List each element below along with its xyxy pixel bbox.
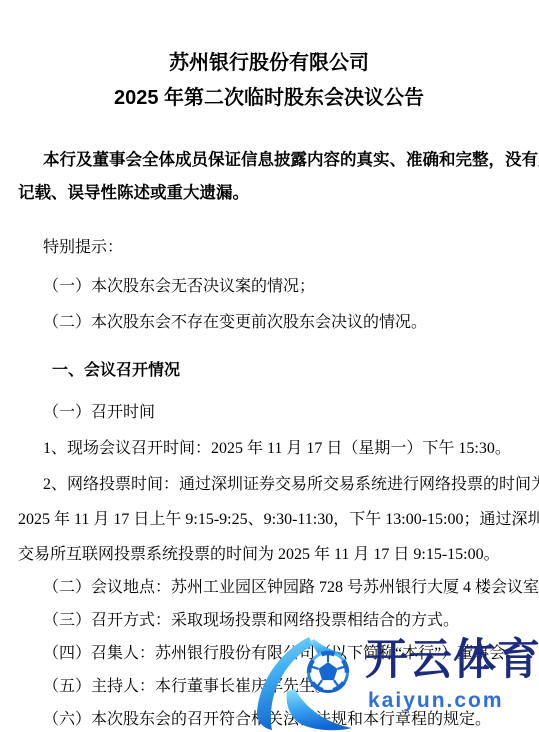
meeting-method-line: （三）召开方式：采取现场投票和网络投票相结合的方式。 [18, 604, 520, 637]
kaiyun-watermark: 开云体育 kaiyun.com [252, 634, 539, 732]
watermark-brand-text: 开云体育 [365, 636, 539, 684]
document-body: 苏州银行股份有限公司 2025 年第二次临时股东会决议公告 本行及董事会全体成员… [18, 46, 520, 732]
network-voting-line-2: 2025 年 11 月 17 日上午 9:15-9:25、9:30-11:30，… [18, 503, 520, 536]
special-note-label: 特别提示： [18, 231, 520, 264]
section-heading-meeting-info: 一、会议召开情况 [18, 354, 520, 387]
network-voting-line-3: 交易所互联网投票系统投票的时间为 2025 年 11 月 17 日 9:15-1… [18, 538, 520, 571]
doc-title-company: 苏州银行股份有限公司 [18, 46, 520, 81]
kaiyun-logo-icon [252, 634, 368, 732]
subsection-meeting-time-label: （一）召开时间 [18, 396, 520, 429]
meeting-location-line: （二）会议地点：苏州工业园区钟园路 728 号苏州银行大厦 4 楼会议室。 [18, 571, 520, 604]
network-voting-line-1: 2、网络投票时间：通过深圳证券交易所交易系统进行网络投票的时间为 [18, 468, 520, 501]
note-item-2: （二）本次股东会不存在变更前次股东会决议的情况。 [18, 306, 520, 339]
doc-title-announcement: 2025 年第二次临时股东会决议公告 [18, 81, 520, 116]
watermark-domain-text: kaiyun.com [368, 689, 504, 713]
onsite-meeting-time-line: 1、现场会议召开时间：2025 年 11 月 17 日（星期一）下午 15:30… [18, 432, 520, 465]
disclaimer-line-2: 记载、误导性陈述或重大遗漏。 [18, 177, 520, 210]
announcement-page: 苏州银行股份有限公司 2025 年第二次临时股东会决议公告 本行及董事会全体成员… [0, 0, 539, 732]
note-item-1: （一）本次股东会无否决议案的情况； [18, 270, 520, 303]
disclaimer-line-1: 本行及董事会全体成员保证信息披露内容的真实、准确和完整，没有虚假 [18, 144, 520, 177]
